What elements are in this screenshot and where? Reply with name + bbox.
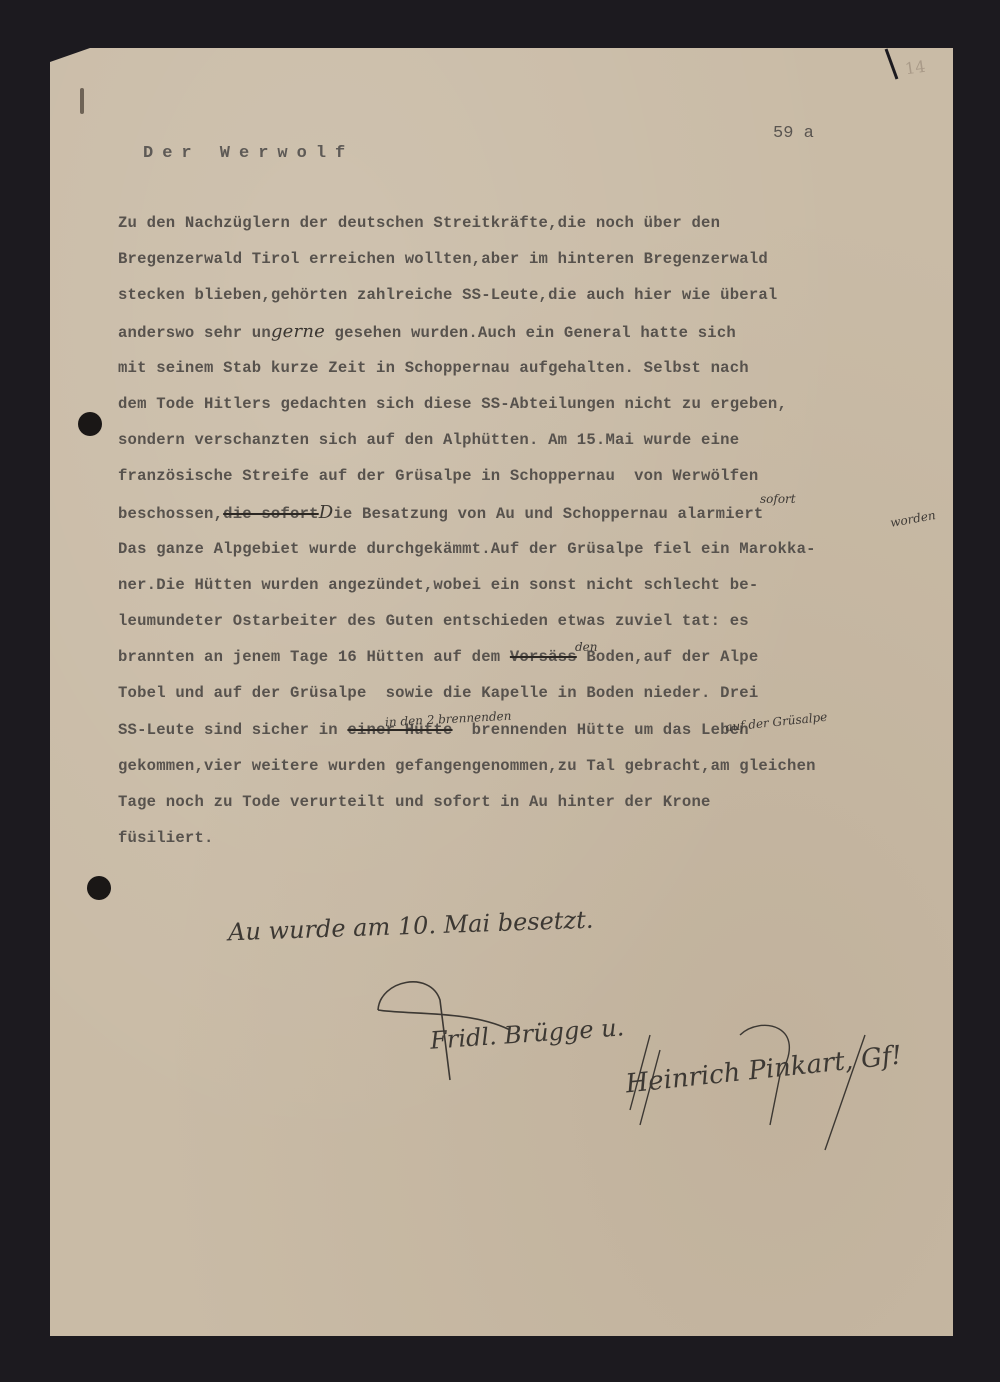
struck-text: die sofort [223,505,319,523]
text-line: füsiliert. [118,827,948,863]
text-line: mit seinem Stab kurze Zeit in Schopperna… [118,357,948,393]
handwritten-correction: D [319,502,334,523]
handwritten-insert: sofort [760,492,796,506]
text-segment: ie Besatzung von Au und Schoppernau alar… [333,505,763,523]
pencil-mark [80,88,84,114]
text-segment: gesehen wurden.Auch ein General hatte si… [325,324,736,342]
document-title: Der Werwolf [143,144,354,163]
text-line: ner.Die Hütten wurden angezündet,wobei e… [118,574,948,610]
handwritten-insert: den [575,640,598,654]
text-line: dem Tode Hitlers gedachten sich diese SS… [118,393,948,429]
text-segment: SS-Leute sind sicher in [118,721,347,739]
text-segment: Boden,auf der Alpe [577,648,759,666]
text-line: sondern verschanzten sich auf den Alphüt… [118,429,948,465]
punch-hole-lower [87,876,111,900]
text-segment: beschossen, [118,505,223,523]
handwritten-correction: gerne [271,321,325,342]
text-line: stecken blieben,gehörten zahlreiche SS-L… [118,284,948,320]
text-line: Bregenzerwald Tirol erreichen wollten,ab… [118,248,948,284]
text-line: brannten an jenem Tage 16 Hütten auf dem… [118,646,948,682]
page-number: 59 a [773,124,814,143]
text-line: Zu den Nachzüglern der deutschen Streitk… [118,212,948,248]
text-line: beschossen,die sofortDie Besatzung von A… [118,502,948,538]
text-line: Das ganze Alpgebiet wurde durchgekämmt.A… [118,538,948,574]
text-line: französische Streife auf der Grüsalpe in… [118,465,948,501]
text-segment: anderswo sehr un [118,324,271,342]
text-line: Tage noch zu Tode verurteilt und sofort … [118,791,948,827]
typed-body: Zu den Nachzüglern der deutschen Streitk… [118,212,948,863]
struck-text: Vorsäss [510,648,577,666]
text-line: anderswo sehr ungerne gesehen wurden.Auc… [118,321,948,357]
text-line: gekommen,vier weitere wurden gefangengen… [118,755,948,791]
punch-hole-upper [78,412,102,436]
archive-number: 14 [904,57,927,79]
text-segment: brannten an jenem Tage 16 Hütten auf dem [118,648,510,666]
text-line: leumundeter Ostarbeiter des Guten entsch… [118,610,948,646]
